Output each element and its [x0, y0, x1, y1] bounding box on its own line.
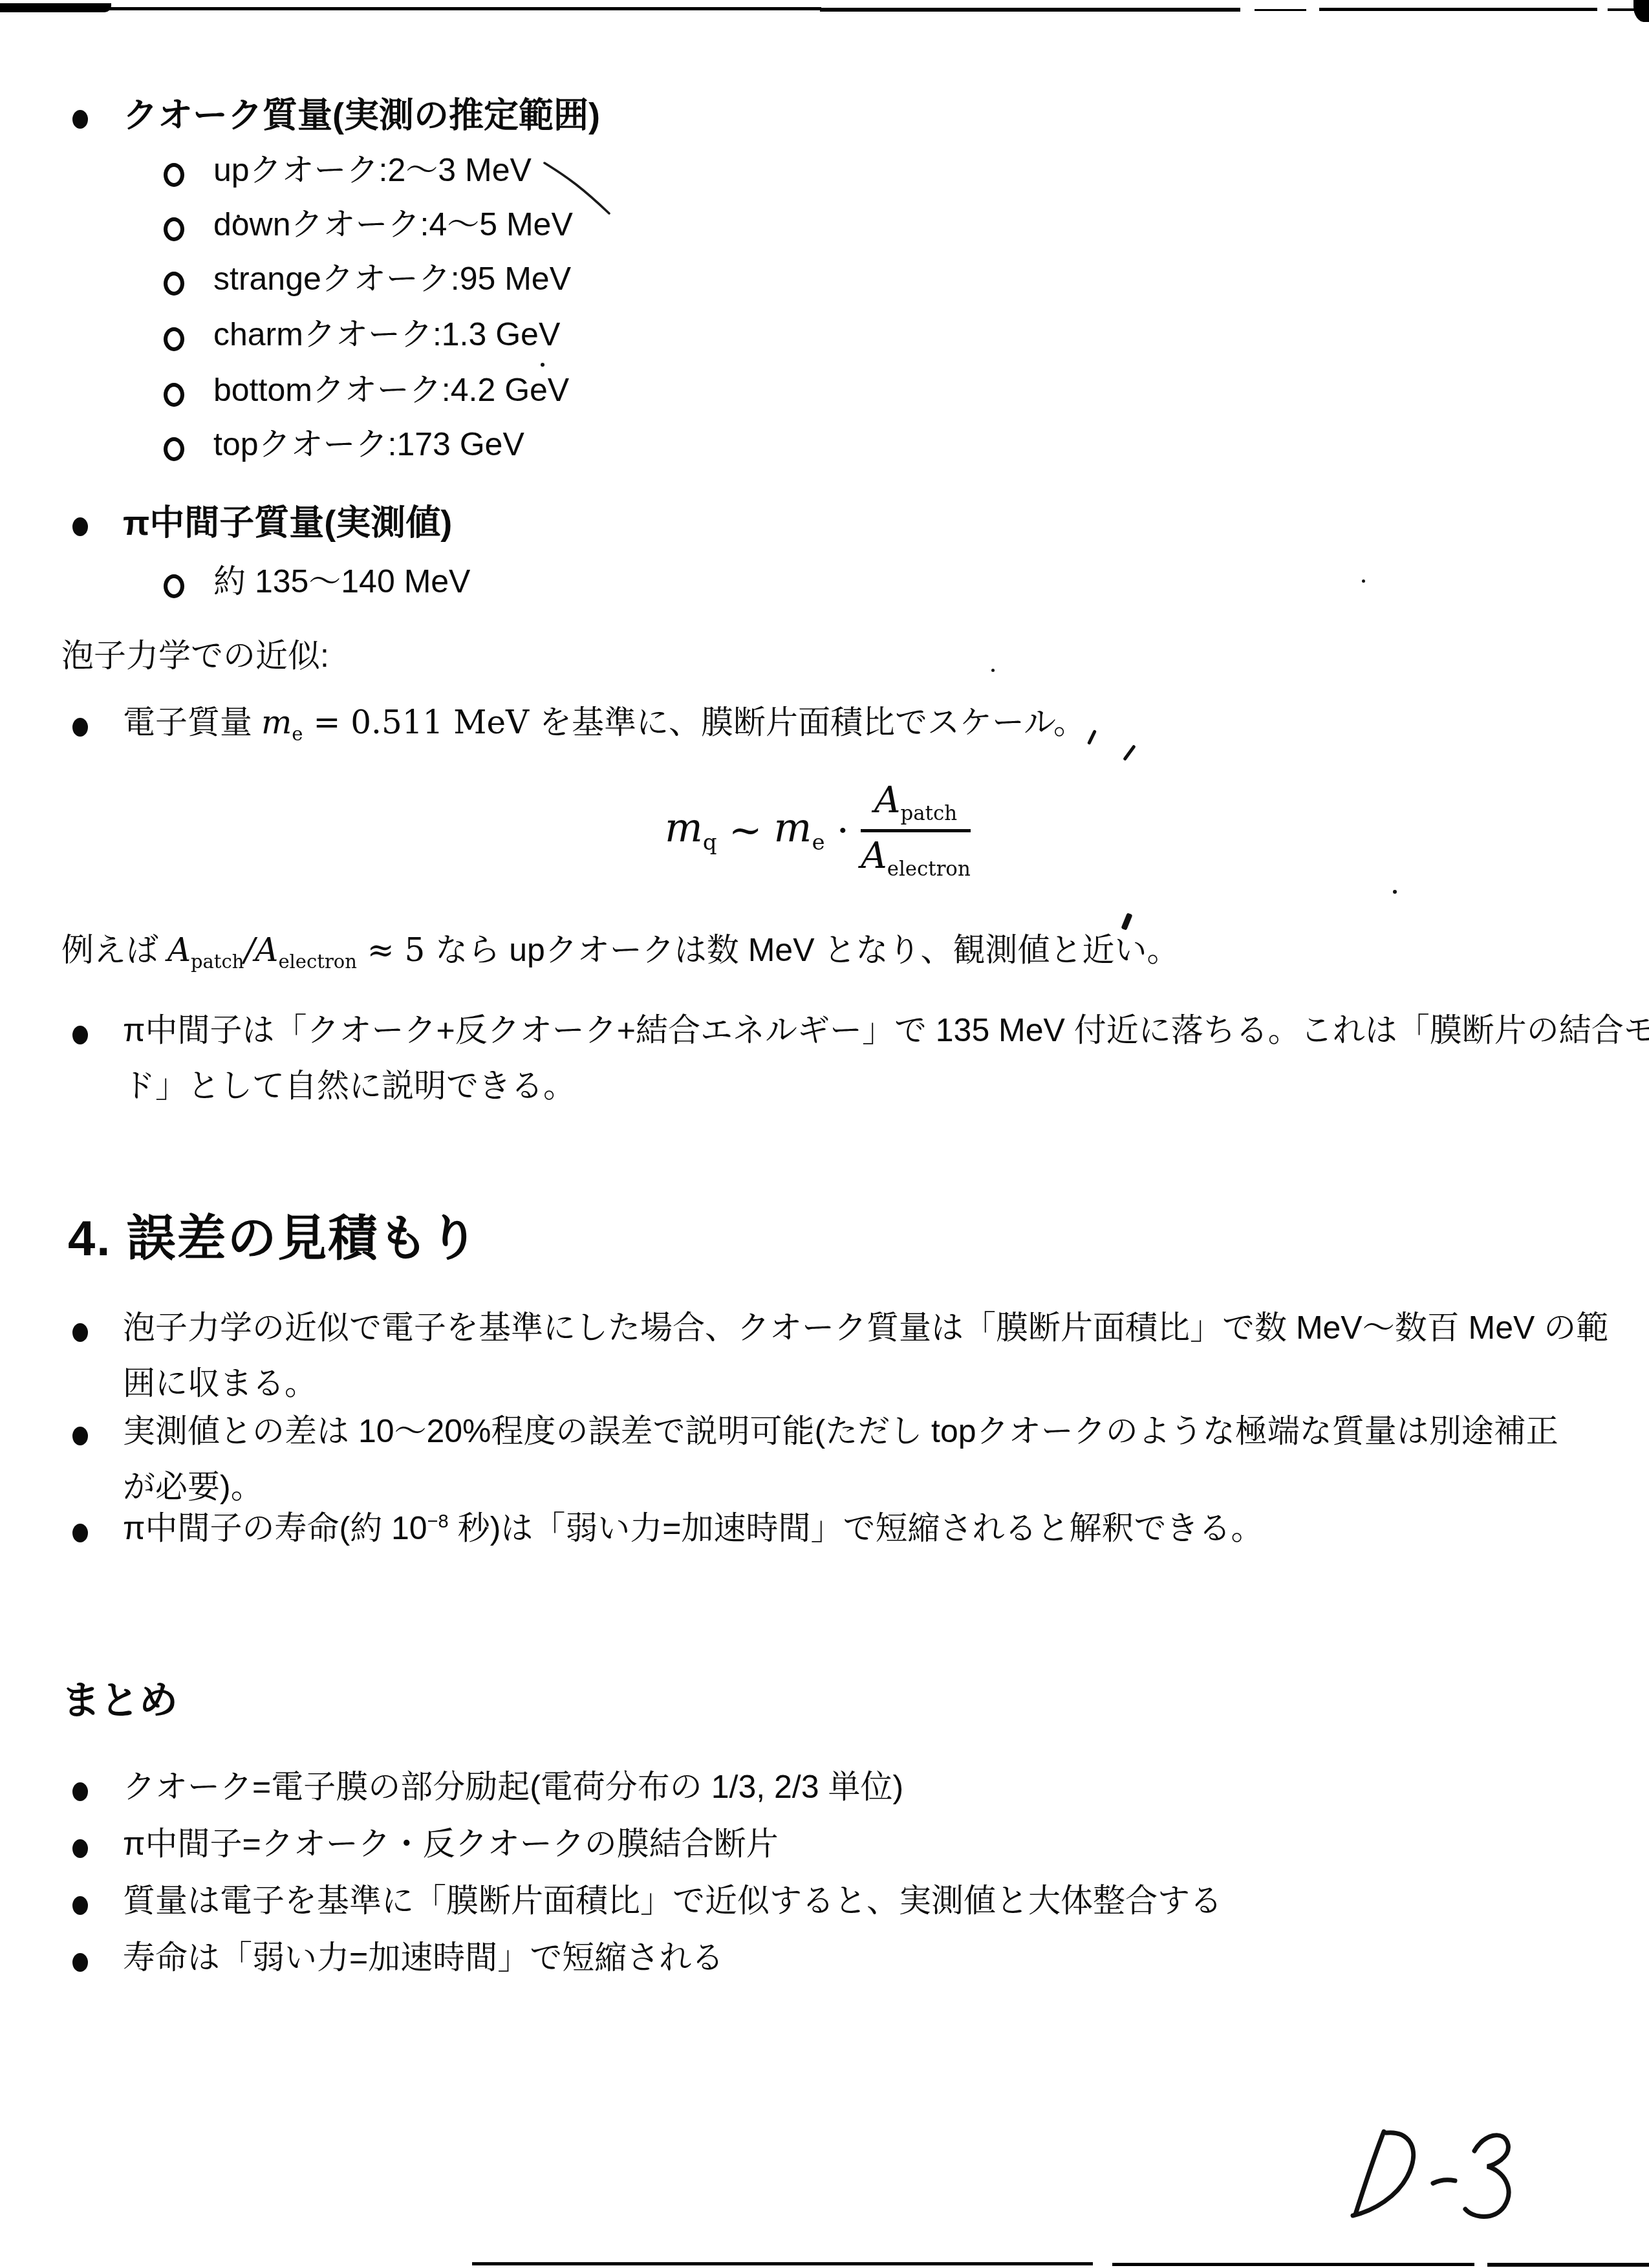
example-line: 例えば Apatch/Aelectron ≈ 5 なら upクオークは数 MeV… — [61, 930, 1179, 973]
bullet-icon — [72, 1782, 88, 1801]
list-item: topクオーク:173 GeV — [213, 424, 524, 465]
fraction-bar — [861, 829, 970, 832]
mass-scaling-formula: mq ~ me · Apatch Aelectron — [665, 779, 971, 881]
scan-tick-artifact — [1087, 729, 1097, 745]
scanned-document-page: クオーク質量(実測の推定範囲) upクオーク:2〜3 MeV downクオーク:… — [0, 0, 1649, 2268]
math-subscript: q — [703, 830, 717, 856]
math-subscript: patch — [191, 951, 244, 973]
scan-speck — [991, 669, 995, 672]
bullet-icon — [72, 517, 88, 536]
formula-rhs: me — [774, 804, 825, 856]
pion-binding-line2: ド」として自然に説明できる。 — [123, 1066, 576, 1107]
math-variable: A — [861, 835, 887, 877]
scan-tick-artifact — [1123, 744, 1136, 761]
pion-mass-heading: π中間子質量(実測値) — [123, 502, 452, 546]
bullet-icon — [72, 1839, 88, 1858]
bullet-icon — [72, 1524, 88, 1542]
math-variable: m — [774, 804, 812, 851]
scan-artifact-line-segment — [472, 2262, 1093, 2265]
summary-item: 寿命は「弱い力=加速時間」で短縮される — [123, 1938, 724, 1978]
error-bullet3-line: π中間子の寿命(約 10−8 秒)は「弱い力=加速時間」で短縮されると解釈できる… — [123, 1508, 1263, 1549]
scan-artifact-line-segment — [103, 7, 821, 10]
math-value: = 0.511 MeV — [303, 704, 540, 741]
math-subscript: electron — [278, 951, 357, 973]
circle-bullet-icon — [164, 437, 184, 461]
circle-bullet-icon — [164, 327, 184, 351]
bullet-icon — [72, 1026, 88, 1044]
bullet-icon — [72, 1323, 88, 1342]
bullet-icon — [72, 1427, 88, 1445]
error-bullet1-line2: 囲に収まる。 — [123, 1363, 317, 1404]
list-item: charmクオーク:1.3 GeV — [213, 314, 560, 355]
scan-artifact-corner-blob — [1633, 0, 1649, 22]
list-item: bottomクオーク:4.2 GeV — [213, 370, 569, 411]
handwritten-page-number — [1324, 2124, 1531, 2234]
pion-binding-line1: π中間子は「クオーク+反クオーク+結合エネルギー」で 135 MeV 付近に落ち… — [123, 1010, 1649, 1051]
summary-item: π中間子=クオーク・反クオークの膜結合断片 — [123, 1824, 779, 1864]
scan-artifact-line-segment — [1112, 2263, 1474, 2266]
text-segment: 電子質量 — [123, 704, 261, 740]
math-variable: A — [255, 931, 278, 969]
circle-bullet-icon — [164, 574, 184, 598]
math-subscript: e — [292, 723, 303, 745]
circle-bullet-icon — [164, 383, 184, 407]
text-segment: を基準に、膜断片面積比でスケール。 — [539, 704, 1086, 740]
summary-heading: まとめ — [61, 1676, 178, 1725]
summary-item: クオーク=電子膜の部分励起(電荷分布の 1/3, 2/3 単位) — [123, 1767, 903, 1808]
scan-tick-artifact — [1121, 913, 1132, 930]
circle-bullet-icon — [164, 163, 184, 187]
scan-artifact-line-segment — [1319, 8, 1597, 11]
summary-item: 質量は電子を基準に「膜断片面積比」で近似すると、実測値と大体整合する — [123, 1881, 1222, 1921]
fraction-numerator: Apatch — [874, 779, 957, 825]
quark-masses-heading: クオーク質量(実測の推定範囲) — [123, 94, 600, 138]
scan-speck — [541, 363, 544, 367]
text-segment: π中間子の寿命(約 10 — [123, 1510, 427, 1546]
scan-artifact-line-segment — [820, 8, 1240, 12]
circle-bullet-icon — [164, 217, 184, 241]
circle-bullet-icon — [164, 272, 184, 296]
bullet-icon — [72, 1896, 88, 1915]
error-bullet2-line1: 実測値との差は 10〜20%程度の誤差で説明可能(ただし topクオークのような… — [123, 1411, 1558, 1452]
text-segment: なら upクオークは数 MeV となり、観測値と近い。 — [435, 932, 1179, 968]
section-4-heading: 4. 誤差の見積もり — [68, 1208, 480, 1269]
math-variable: A — [167, 931, 191, 969]
text-segment: 秒)は「弱い力=加速時間」で短縮されると解釈できる。 — [449, 1510, 1264, 1546]
scan-artifact-line-segment — [0, 3, 111, 12]
list-item: 約 135〜140 MeV — [213, 561, 470, 602]
similarity-operator: ~ — [729, 806, 762, 854]
scan-artifact-line-segment — [1255, 9, 1306, 11]
scan-speck — [1393, 890, 1397, 894]
error-bullet1-line1: 泡子力学の近似で電子を基準にした場合、クオーク質量は「膜断片面積比」で数 MeV… — [123, 1308, 1608, 1348]
exponent: −8 — [427, 1511, 449, 1532]
bullet-icon — [72, 110, 88, 129]
scan-artifact-line-segment — [1487, 2263, 1649, 2267]
formula-lhs: mq — [665, 804, 717, 856]
scan-speck — [1362, 579, 1365, 583]
multiplication-dot: · — [837, 806, 850, 854]
math-subscript: patch — [900, 802, 957, 825]
electron-mass-line: 電子質量 me = 0.511 MeV を基準に、膜断片面積比でスケール。 — [123, 702, 1086, 746]
division-slash: / — [244, 931, 255, 969]
math-variable: m — [261, 704, 292, 741]
approx-value: ≈ 5 — [357, 931, 435, 969]
bullet-icon — [72, 718, 88, 737]
list-item: downクオーク:4〜5 MeV — [213, 204, 573, 245]
approx-intro: 泡子力学での近似: — [61, 636, 329, 676]
text-segment: 例えば — [61, 932, 167, 968]
fraction: Apatch Aelectron — [861, 779, 970, 881]
list-item: upクオーク:2〜3 MeV — [213, 150, 532, 191]
list-item: strangeクオーク:95 MeV — [213, 259, 571, 299]
math-variable: m — [665, 804, 703, 851]
error-bullet2-line2: が必要)。 — [123, 1467, 263, 1507]
math-subscript: electron — [887, 858, 971, 881]
fraction-denominator: Aelectron — [861, 835, 970, 881]
bullet-icon — [72, 1953, 88, 1972]
math-variable: A — [874, 779, 900, 821]
math-subscript: e — [812, 830, 824, 856]
